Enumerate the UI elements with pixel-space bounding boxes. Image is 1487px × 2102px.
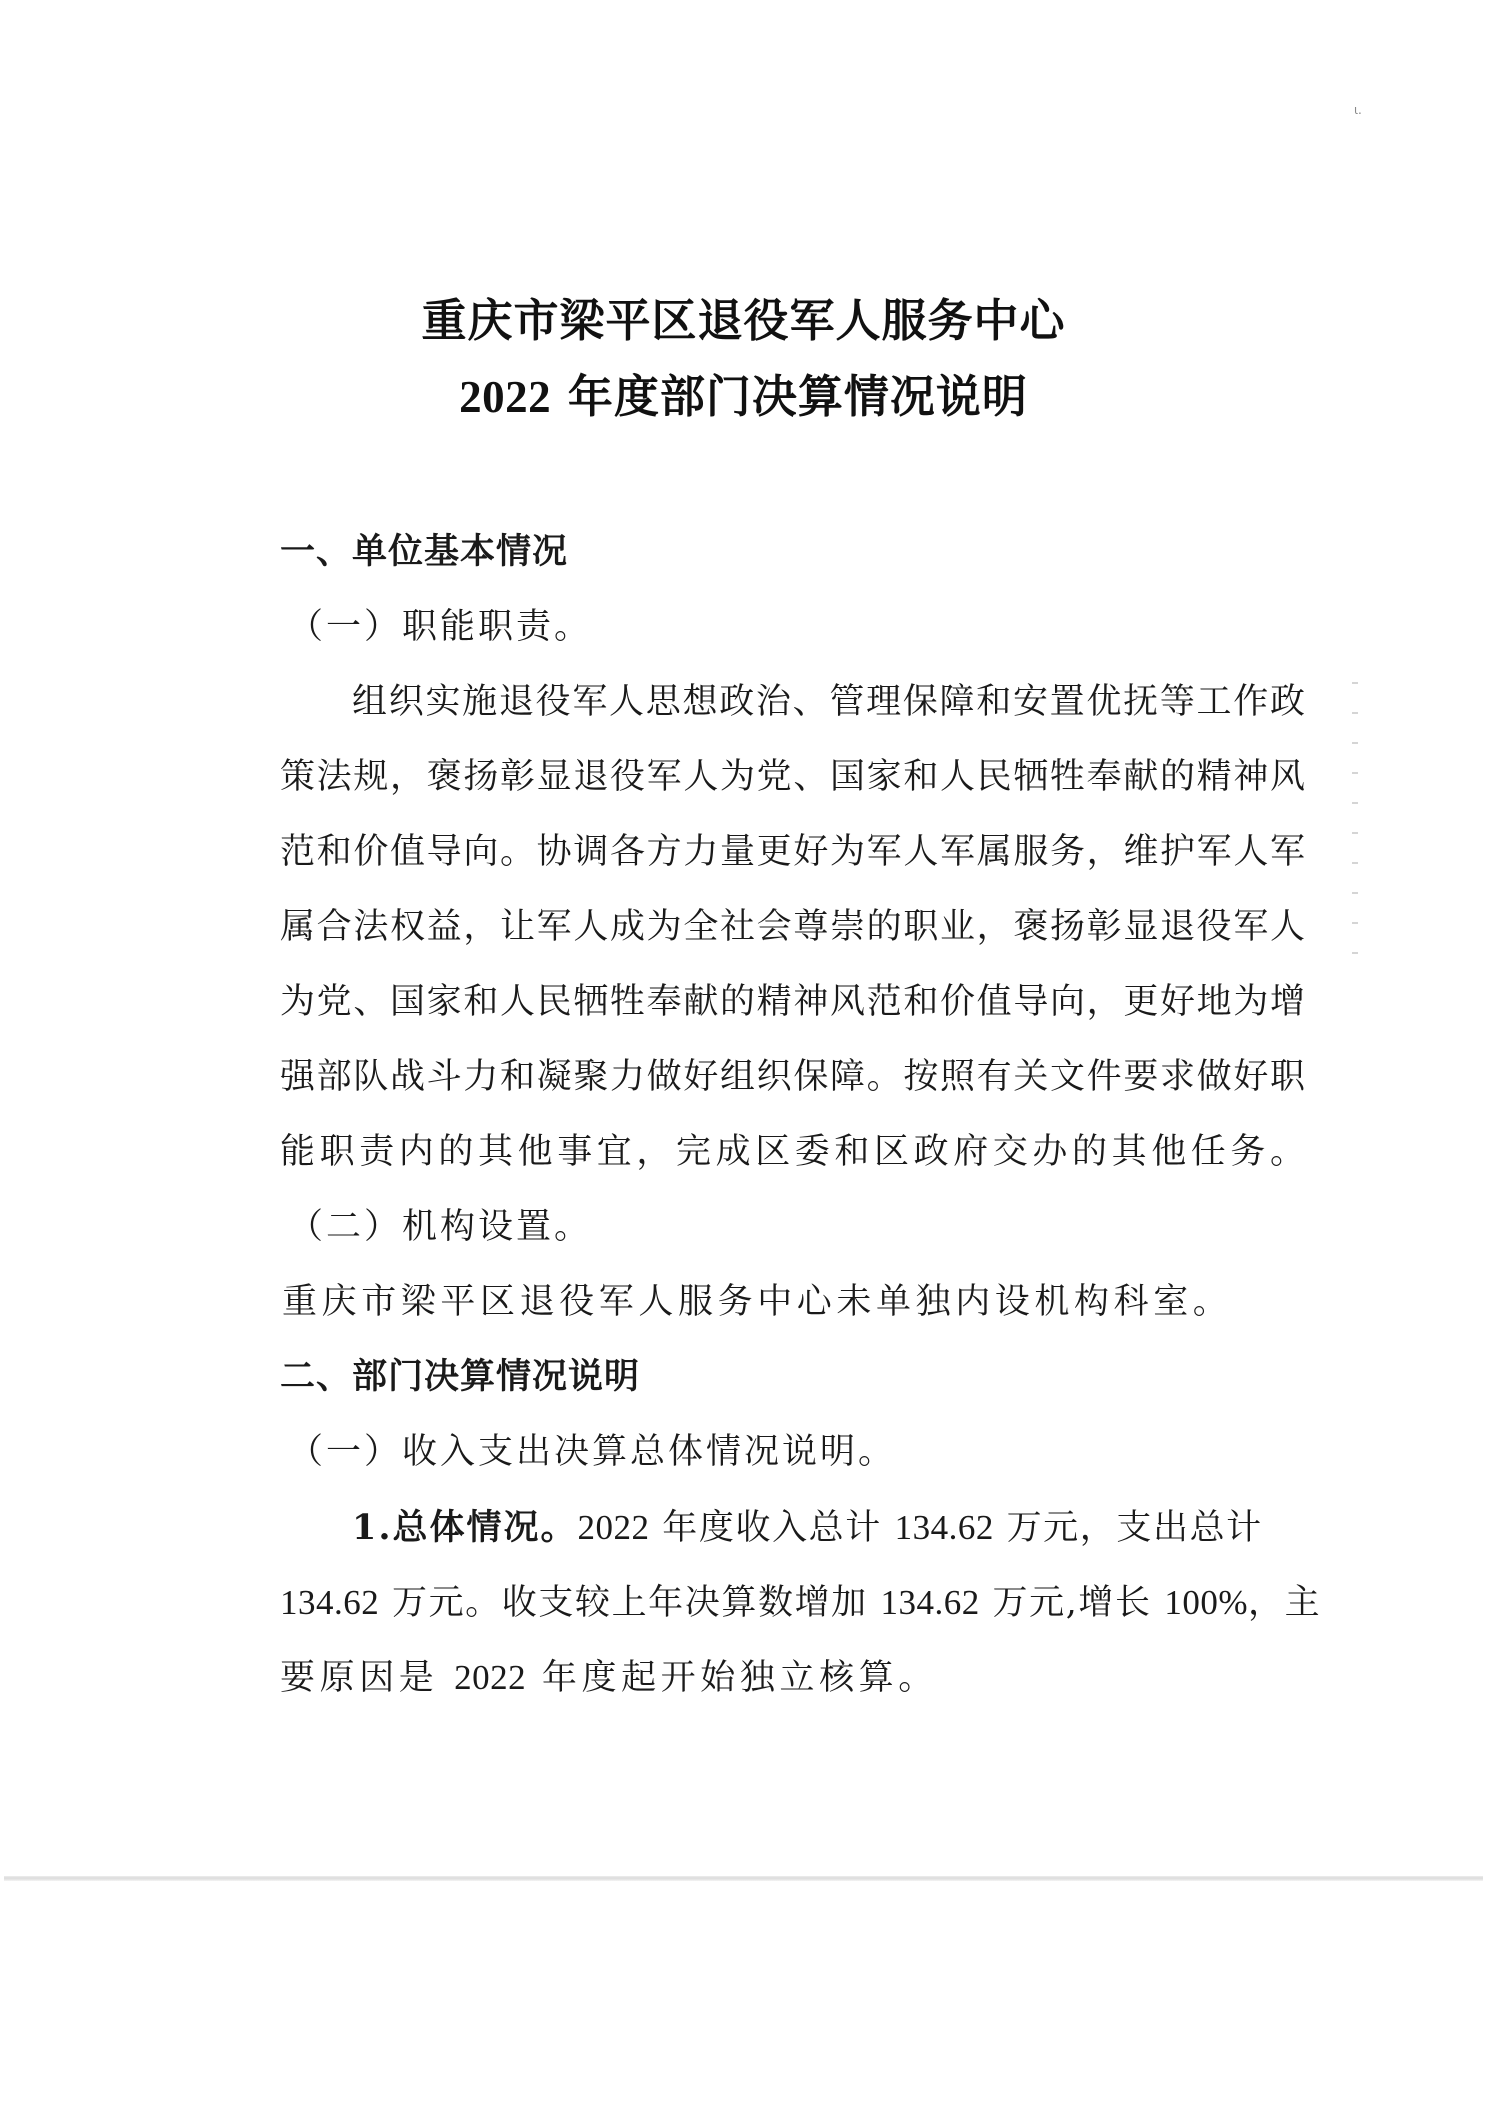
scan-edge-marks [1352,660,1358,960]
text-fragment: 年度收入总计 [650,1508,895,1548]
year-value: 2022 [454,1658,526,1697]
section-heading-1: 一、单位基本情况 [280,515,1305,590]
paragraph-functions: 组织实施退役军人思想政治、管理保障和安置优抚等工作政 策法规，褒扬彰显退役军人为… [280,665,1305,1190]
paragraph-line: 策法规，褒扬彰显退役军人为党、国家和人民牺牲奉献的精神风 [280,740,1305,815]
paragraph-overall: 1.总体情况。2022 年度收入总计 134.62 万元，支出总计 134.62… [280,1490,1305,1715]
scan-corner-mark: ι. [1354,103,1362,117]
document-title: 重庆市梁平区退役军人服务中心 2022 年度部门决算情况说明 [0,283,1487,435]
expense-total-value: 134.62 [280,1583,379,1622]
paragraph-line: 为党、国家和人民牺牲奉献的精神风范和价值导向，更好地为增 [280,965,1305,1040]
subsection-heading-functions: （一）职能职责。 [280,590,1305,665]
increase-value: 134.62 [881,1583,980,1622]
income-total-value: 134.62 [895,1508,994,1547]
item-lead-overall: 1.总体情况。 [352,1507,578,1548]
document-body: 一、单位基本情况 （一）职能职责。 组织实施退役军人思想政治、管理保障和安置优抚… [280,515,1305,1715]
paragraph-line: 属合法权益，让军人成为全社会尊崇的职业，褒扬彰显退役军人 [280,890,1305,965]
text-fragment: 万元,增长 [980,1583,1165,1623]
section-heading-2: 二、部门决算情况说明 [280,1340,1305,1415]
subsection-heading-organization: （二）机构设置。 [280,1190,1305,1265]
page-bottom-rule [4,1876,1483,1881]
text-fragment: 万元，支出总计 [994,1508,1263,1548]
text-fragment: 年度起开始独立核算。 [526,1658,938,1698]
year-value: 2022 [578,1508,650,1547]
title-line-2-text: 年度部门决算情况说明 [551,370,1028,423]
paragraph-line: 134.62 万元。收支较上年决算数增加 134.62 万元,增长 100%，主 [280,1565,1305,1640]
paragraph-line: 要原因是 2022 年度起开始独立核算。 [280,1640,1305,1715]
title-year: 2022 [459,372,551,422]
title-line-2: 2022 年度部门决算情况说明 [0,359,1487,435]
document-page: ι. 重庆市梁平区退役军人服务中心 2022 年度部门决算情况说明 一、单位基本… [0,0,1487,2102]
subsection-heading-overall: （一）收入支出决算总体情况说明。 [280,1415,1305,1490]
paragraph-line: 1.总体情况。2022 年度收入总计 134.62 万元，支出总计 [280,1490,1305,1565]
paragraph-organization: 重庆市梁平区退役军人服务中心未单独内设机构科室。 [280,1265,1305,1340]
paragraph-line: 强部队战斗力和凝聚力做好组织保障。按照有关文件要求做好职 [280,1040,1305,1115]
paragraph-line: 能职责内的其他事宜，完成区委和区政府交办的其他任务。 [280,1115,1305,1190]
growth-percent-value: 100% [1164,1583,1248,1622]
paragraph-line: 范和价值导向。协调各方力量更好为军人军属服务，维护军人军 [280,815,1305,890]
title-line-1: 重庆市梁平区退役军人服务中心 [0,283,1487,359]
text-fragment: 要原因是 [280,1658,454,1698]
text-fragment: ，主 [1248,1583,1321,1623]
paragraph-line: 组织实施退役军人思想政治、管理保障和安置优抚等工作政 [280,665,1305,740]
text-fragment: 万元。收支较上年决算数增加 [379,1583,880,1623]
